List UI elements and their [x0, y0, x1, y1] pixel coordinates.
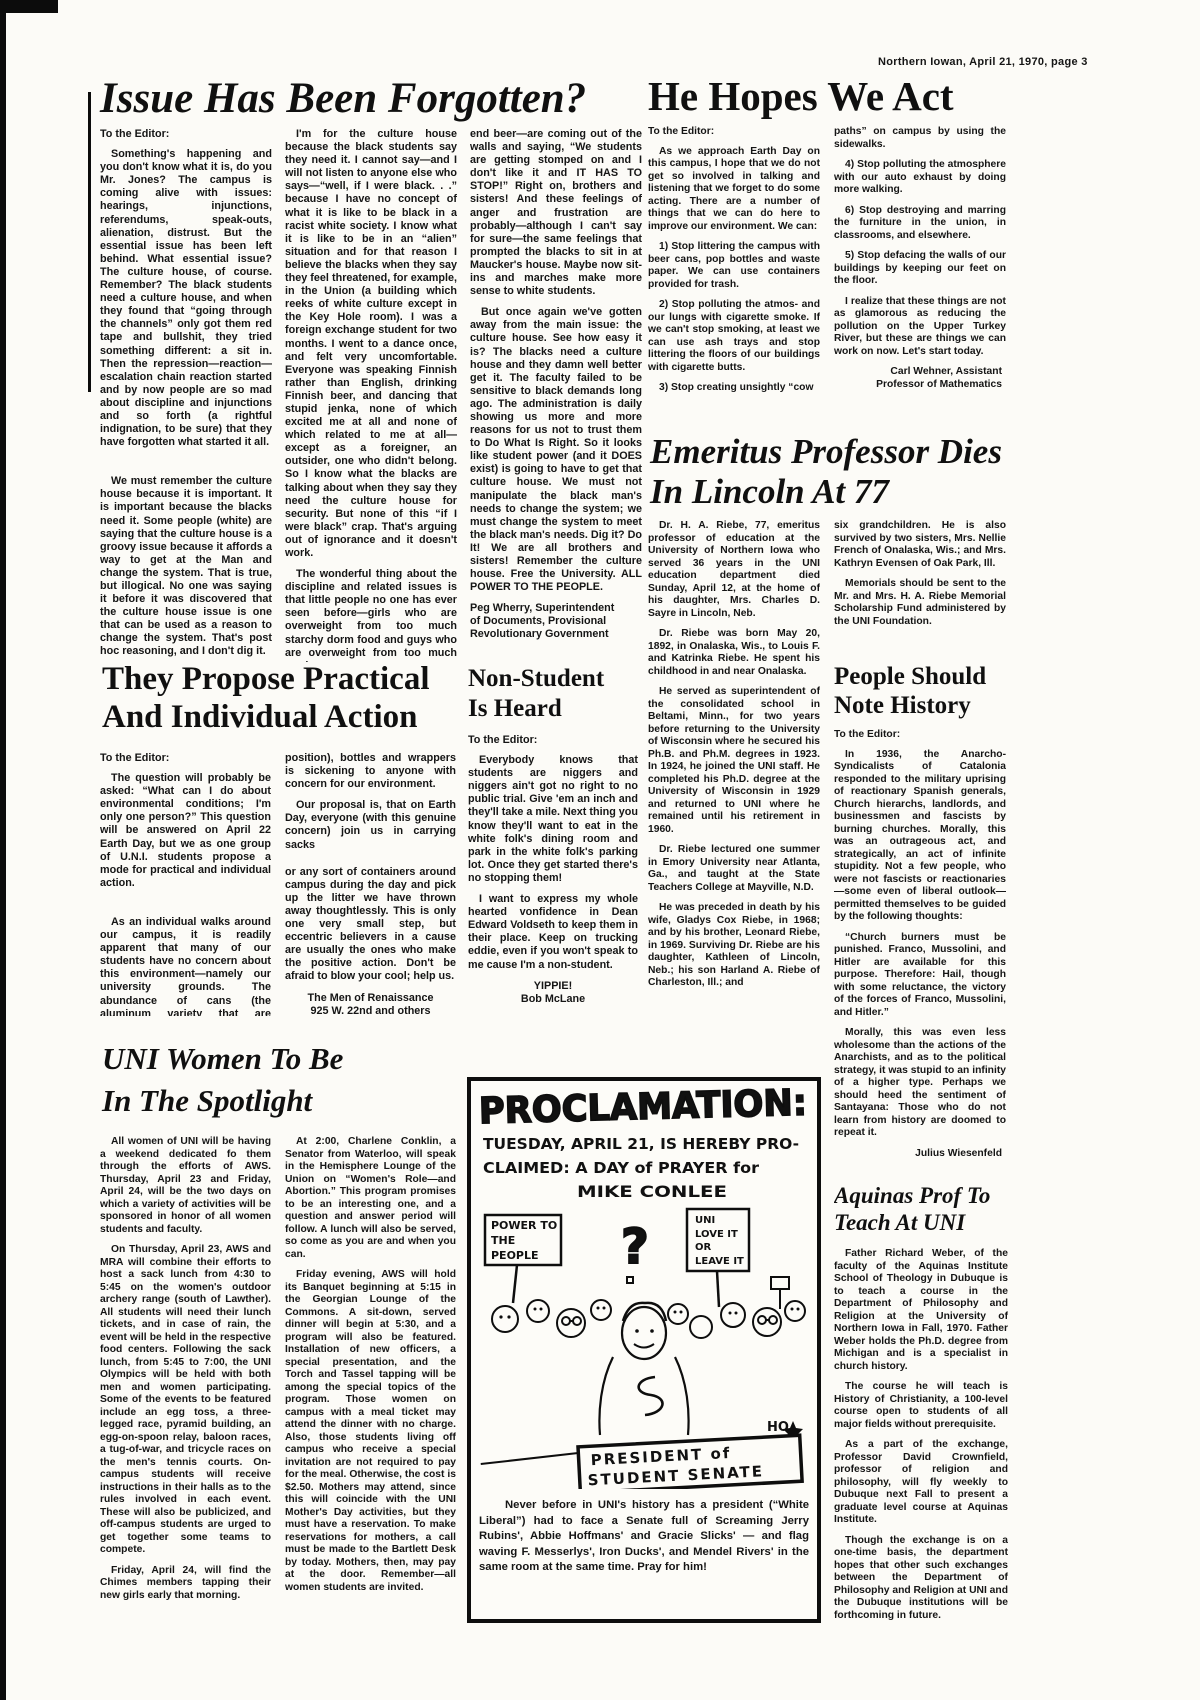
article-they-propose: To the Editor: The question will probabl… — [100, 752, 456, 1016]
paragraph: As a part of the exchange, Professor Dav… — [834, 1439, 1008, 1527]
paragraph: six grandchildren. He is also survived b… — [834, 520, 1006, 570]
article-non-student: Non-Student Is Heard To the Editor: Ever… — [468, 664, 638, 1024]
issue-column-2: I'm for the culture house because the bl… — [285, 128, 457, 662]
svg-text:HO: HO — [767, 1420, 789, 1435]
question-mark: ? — [621, 1219, 649, 1275]
paragraph: As an individual walks around our campus… — [100, 916, 271, 1016]
salutation: To the Editor: — [100, 128, 272, 141]
paragraph: Our proposal is, that on Earth Day, ever… — [285, 799, 456, 851]
headline-uni-women: UNI Women To Be In The Spotlight — [102, 1038, 343, 1122]
paragraph: 3) Stop creating unsightly “cow — [648, 382, 820, 395]
paragraph: Though the exchange is on a one-time bas… — [834, 1535, 1008, 1623]
they-column-1: To the Editor: The question will probabl… — [100, 752, 271, 1016]
scan-line-artifact — [88, 92, 91, 392]
paragraph: position), bottles and wrappers is sicke… — [285, 752, 456, 791]
paragraph: Memorials should be sent to the Mr. and … — [834, 578, 1006, 628]
president-banner: PRESIDENT of STUDENT SENATE — [480, 1435, 802, 1489]
letter-signature: YIPPIE! — [468, 980, 638, 993]
salutation: To the Editor: — [468, 734, 638, 747]
issue-column-1: To the Editor: Something's happening and… — [100, 128, 272, 662]
headline-line: Aquinas Prof To — [834, 1182, 1008, 1209]
paragraph: end beer—are coming out of the walls and… — [470, 128, 642, 298]
paragraph: 4) Stop polluting the atmosphere with ou… — [834, 159, 1006, 197]
paragraph: But once again we've gotten away from th… — [470, 306, 642, 594]
salutation: To the Editor: — [834, 729, 1006, 742]
editorial-cartoon: PROCLAMATION: TUESDAY, APRIL 21, IS HERE… — [467, 1077, 821, 1623]
cartoon-text-line2: CLAIMED: A DAY of PRAYER for — [483, 1159, 760, 1177]
svg-text:LOVE IT: LOVE IT — [695, 1229, 738, 1240]
letter-signature: Julius Wiesenfeld — [834, 1148, 1006, 1161]
letter-signature: Bob McLane — [468, 993, 638, 1006]
paragraph: 5) Stop defacing the walls of our buildi… — [834, 250, 1006, 288]
sign-uni-love-it-or-leave-it: UNI LOVE IT OR LEAVE IT — [687, 1209, 749, 1307]
paragraph: I realize that these things are not as g… — [834, 296, 1006, 359]
letter-signature: of Documents, Provisional — [470, 615, 642, 628]
newspaper-page: Northern Iowan, April 21, 1970, page 3 I… — [0, 0, 1200, 1700]
letter-signature: The Men of Renaissance — [285, 992, 456, 1005]
nonstudent-body: To the Editor: Everybody knows that stud… — [468, 734, 638, 1014]
headline-they-propose: They Propose Practical And Individual Ac… — [102, 660, 430, 736]
letter-signature: Professor of Mathematics — [834, 379, 1006, 392]
svg-text:POWER TO: POWER TO — [491, 1219, 557, 1232]
they-column-2: position), bottles and wrappers is sicke… — [285, 752, 456, 1016]
article-people-should-note-history: People Should Note History To the Editor… — [834, 662, 1006, 1180]
emeritus-column-1: Dr. H. A. Riebe, 77, emeritus professor … — [648, 520, 820, 1072]
paragraph: We must remember the culture house becau… — [100, 475, 272, 658]
headline-line: Note History — [834, 691, 1006, 720]
cartoon-text-line3: MIKE CONLEE — [577, 1182, 727, 1201]
paragraph: The course he will teach is History of C… — [834, 1381, 1008, 1431]
paragraph: Friday, April 24, will find the Chimes m… — [100, 1565, 271, 1603]
paragraph: In 1936, the Anarcho-Syndicalists of Cat… — [834, 749, 1006, 924]
headline-line: In Lincoln At 77 — [650, 472, 1002, 512]
paragraph: Morally, this was even less wholesome th… — [834, 1027, 1006, 1140]
cartoon-drawing: PROCLAMATION: TUESDAY, APRIL 21, IS HERE… — [471, 1081, 817, 1489]
paragraph: Dr. Riebe was born May 20, 1892, in Onal… — [648, 628, 820, 678]
hopes-column-2: paths” on campus by using the sidewalks.… — [834, 126, 1006, 430]
paragraph: 1) Stop littering the campus with beer c… — [648, 241, 820, 291]
headline-line: In The Spotlight — [102, 1080, 343, 1122]
letter-signature: Peg Wherry, Superintendent — [470, 602, 642, 615]
salutation: To the Editor: — [648, 126, 820, 139]
svg-text:UNI: UNI — [695, 1215, 715, 1226]
scan-edge-top-left — [0, 0, 58, 13]
paragraph: At 2:00, Charlene Conklin, a Senator fro… — [285, 1136, 456, 1261]
letter-signature: Carl Wehner, Assistant — [834, 366, 1006, 379]
letter-signature: 925 W. 22nd and others — [285, 1005, 456, 1016]
issue-column-3: end beer—are coming out of the walls and… — [470, 128, 642, 662]
svg-text:OR: OR — [695, 1242, 712, 1253]
paragraph: Dr. H. A. Riebe, 77, emeritus professor … — [648, 520, 820, 620]
paragraph: The wonderful thing about the discipline… — [285, 568, 457, 662]
headline-line: People Should — [834, 662, 1006, 691]
paragraph: The question will probably be asked: “Wh… — [100, 772, 271, 890]
paragraph: paths” on campus by using the sidewalks. — [834, 126, 1006, 151]
article-uni-women: All women of UNI will be having a weeken… — [100, 1136, 456, 1696]
paragraph: Friday evening, AWS will hold its Banque… — [285, 1269, 456, 1594]
headline-line: Non-Student — [468, 664, 638, 694]
paragraph: Everybody knows that students are nigger… — [468, 754, 638, 885]
headline-non-student: Non-Student Is Heard — [468, 664, 638, 724]
article-he-hopes-we-act: To the Editor: As we approach Earth Day … — [648, 126, 1008, 430]
svg-text:THE: THE — [491, 1234, 515, 1247]
paragraph: As we approach Earth Day on this campus,… — [648, 146, 820, 234]
emeritus-column-2: six grandchildren. He is also survived b… — [834, 520, 1006, 658]
headline-aquinas-prof: Aquinas Prof To Teach At UNI — [834, 1182, 1008, 1236]
headline-line: And Individual Action — [102, 698, 430, 736]
scan-edge-left — [0, 0, 6, 1700]
cartoon-text-line1: TUESDAY, APRIL 21, IS HEREBY PRO- — [483, 1135, 799, 1153]
headline-emeritus-professor: Emeritus Professor Dies In Lincoln At 77 — [650, 432, 1002, 512]
cartoon-headline: PROCLAMATION: — [478, 1083, 807, 1133]
headline-line: Is Heard — [468, 694, 638, 724]
article-aquinas-prof: Aquinas Prof To Teach At UNI Father Rich… — [834, 1182, 1008, 1694]
svg-text:LEAVE IT: LEAVE IT — [695, 1256, 744, 1267]
paragraph: All women of UNI will be having a weeken… — [100, 1136, 271, 1236]
paragraph: He served as superintendent of the conso… — [648, 686, 820, 836]
paragraph: Father Richard Weber, of the faculty of … — [834, 1248, 1008, 1373]
article-issue-forgotten: To the Editor: Something's happening and… — [100, 128, 642, 662]
headline-line: UNI Women To Be — [102, 1038, 343, 1080]
paragraph: Dr. Riebe lectured one summer in Emory U… — [648, 844, 820, 894]
headline-line: Emeritus Professor Dies — [650, 432, 1002, 472]
cartoon-caption: Never before in UNI's history has a pres… — [479, 1498, 809, 1576]
masthead-dateline: Northern Iowan, April 21, 1970, page 3 — [878, 56, 1088, 69]
women-column-1: All women of UNI will be having a weeken… — [100, 1136, 271, 1696]
headline-line: Teach At UNI — [834, 1209, 1008, 1236]
headline-line: They Propose Practical — [102, 660, 430, 698]
salutation: To the Editor: — [100, 752, 271, 765]
paragraph: Something's happening and you don't know… — [100, 148, 272, 449]
paragraph: or any sort of containers around campus … — [285, 866, 456, 984]
headline-people-should: People Should Note History — [834, 662, 1006, 720]
svg-text:PEOPLE: PEOPLE — [491, 1249, 539, 1262]
aquinas-body: Father Richard Weber, of the faculty of … — [834, 1248, 1008, 1630]
headline-he-hopes-we-act: He Hopes We Act — [648, 72, 954, 120]
headline-issue-forgotten: Issue Has Been Forgotten? — [100, 74, 586, 123]
letter-signature: Revolutionary Government — [470, 628, 642, 641]
paragraph: 6) Stop destroying and marring the furni… — [834, 205, 1006, 243]
paragraph: On Thursday, April 23, AWS and MRA will … — [100, 1244, 271, 1557]
paragraph: 2) Stop polluting the atmos- and our lun… — [648, 299, 820, 374]
paragraph: I want to express my whole hearted vonfi… — [468, 893, 638, 972]
women-column-2: At 2:00, Charlene Conklin, a Senator fro… — [285, 1136, 456, 1696]
hopes-column-1: To the Editor: As we approach Earth Day … — [648, 126, 820, 430]
paragraph: He was preceded in death by his wife, Gl… — [648, 902, 820, 990]
paragraph: I'm for the culture house because the bl… — [285, 128, 457, 560]
sign-power-to-the-people: POWER TO THE PEOPLE — [485, 1215, 561, 1303]
paragraph: “Church burners must be punished. Franco… — [834, 932, 1006, 1020]
people-body: To the Editor: In 1936, the Anarcho-Synd… — [834, 729, 1006, 1168]
